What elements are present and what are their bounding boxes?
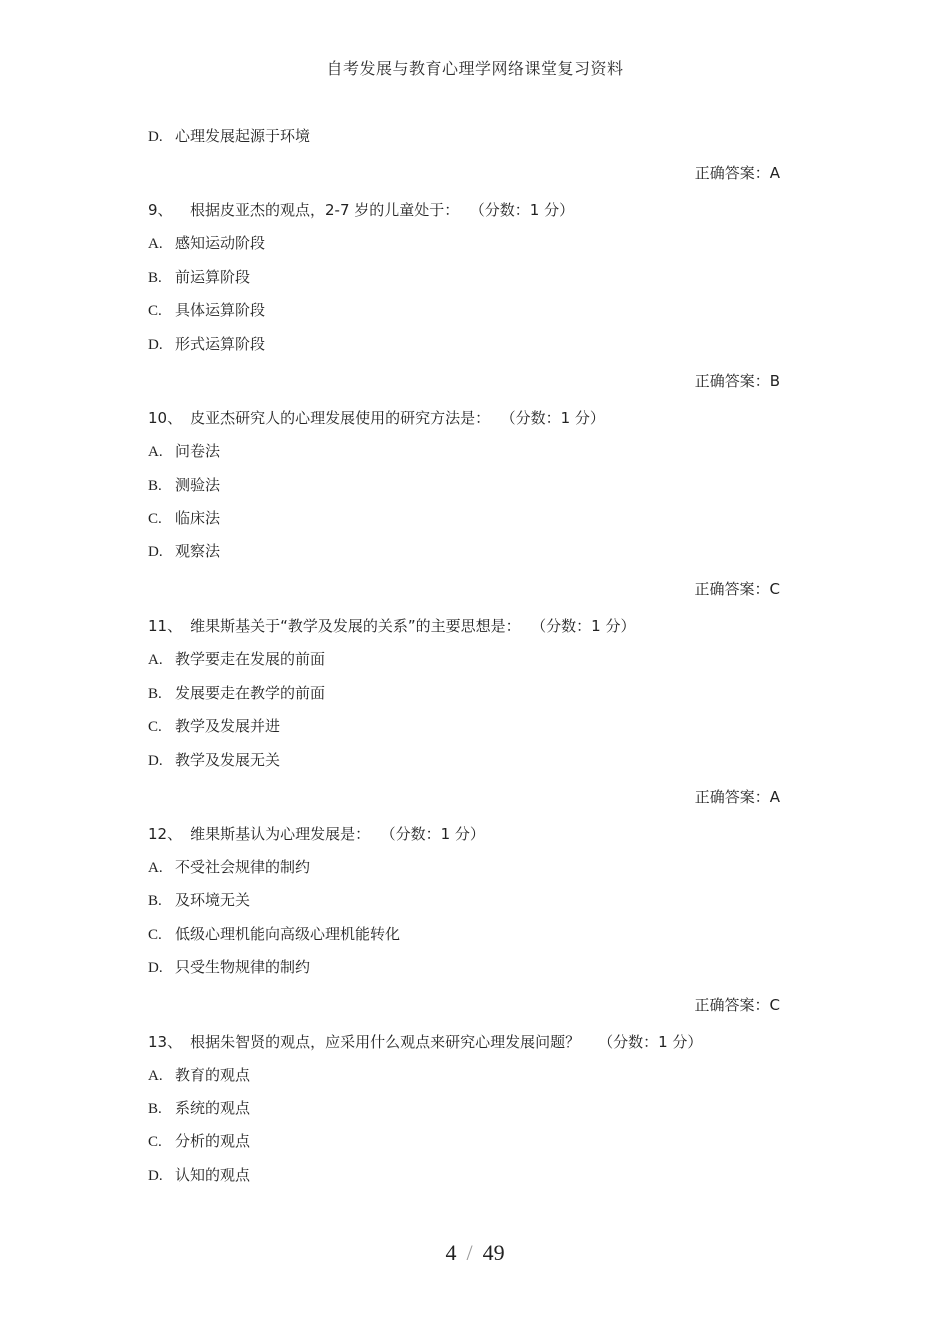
question-text: 维果斯基关于“教学及发展的关系”的主要思想是： (190, 617, 521, 635)
option-b: B.系统的观点 (148, 1098, 250, 1119)
option-text: 系统的观点 (175, 1099, 250, 1117)
option-a: A.问卷法 (148, 441, 220, 462)
option-text: 认知的观点 (175, 1166, 250, 1184)
total-pages: 49 (483, 1240, 505, 1265)
option-c: C.教学及发展并进 (148, 716, 280, 737)
option-text: 测验法 (175, 476, 220, 494)
question-13: 13、根据朱智贤的观点，应采用什么观点来研究心理发展问题？（分数：1 分） (148, 1032, 702, 1052)
option-letter: D. (148, 1166, 175, 1186)
question-score: （分数：1 分） (539, 617, 636, 635)
question-12: 12、维果斯基认为心理发展是：（分数：1 分） (148, 824, 485, 844)
question-text: 根据皮亚杰的观点，2-7 岁的儿童处于： (190, 201, 459, 219)
option-d: D.观察法 (148, 541, 220, 562)
option-text: 前运算阶段 (175, 268, 250, 286)
option-letter: A. (148, 1066, 175, 1086)
option-d: D.心理发展起源于环境 (148, 126, 310, 147)
option-c: C.低级心理机能向高级心理机能转化 (148, 924, 400, 945)
question-number: 9、 (148, 200, 182, 220)
page-separator: / (466, 1240, 472, 1265)
correct-answer: 正确答案：C (695, 579, 780, 599)
page-indicator: 4/49 (0, 1240, 950, 1266)
option-letter: B. (148, 684, 175, 704)
option-text: 形式运算阶段 (175, 335, 265, 353)
option-b: B.及环境无关 (148, 890, 250, 911)
option-b: B.发展要走在教学的前面 (148, 683, 325, 704)
option-letter: D. (148, 542, 175, 562)
question-text: 根据朱智贤的观点，应采用什么观点来研究心理发展问题？ (190, 1033, 580, 1051)
document-header: 自考发展与教育心理学网络课堂复习资料 (0, 56, 950, 79)
question-number: 12、 (148, 824, 182, 844)
current-page: 4 (445, 1240, 456, 1265)
correct-answer: 正确答案：B (695, 371, 780, 391)
question-11: 11、维果斯基关于“教学及发展的关系”的主要思想是：（分数：1 分） (148, 616, 635, 636)
correct-answer: 正确答案：A (695, 163, 780, 183)
option-letter: B. (148, 476, 175, 496)
option-text: 及环境无关 (175, 891, 250, 909)
option-text: 心理发展起源于环境 (175, 127, 310, 145)
option-c: C.具体运算阶段 (148, 300, 265, 321)
option-text: 教育的观点 (175, 1066, 250, 1084)
option-text: 只受生物规律的制约 (175, 958, 310, 976)
option-letter: C. (148, 925, 175, 945)
option-letter: A. (148, 234, 175, 254)
option-text: 感知运动阶段 (175, 234, 265, 252)
option-d: D.教学及发展无关 (148, 750, 280, 771)
option-text: 问卷法 (175, 442, 220, 460)
option-b: B.前运算阶段 (148, 267, 250, 288)
option-text: 观察法 (175, 542, 220, 560)
option-text: 不受社会规律的制约 (175, 858, 310, 876)
option-text: 教学及发展并进 (175, 717, 280, 735)
question-number: 11、 (148, 616, 182, 636)
option-letter: D. (148, 751, 175, 771)
question-number: 13、 (148, 1032, 182, 1052)
option-letter: D. (148, 335, 175, 355)
option-letter: A. (148, 442, 175, 462)
question-10: 10、皮亚杰研究人的心理发展使用的研究方法是：（分数：1 分） (148, 408, 605, 428)
option-letter: B. (148, 891, 175, 911)
question-score: （分数：1 分） (598, 1033, 702, 1051)
option-text: 教学及发展无关 (175, 751, 280, 769)
option-a: A.教学要走在发展的前面 (148, 649, 325, 670)
question-number: 10、 (148, 408, 182, 428)
option-text: 低级心理机能向高级心理机能转化 (175, 925, 400, 943)
option-c: C.分析的观点 (148, 1131, 250, 1152)
option-d: D.只受生物规律的制约 (148, 957, 310, 978)
option-c: C.临床法 (148, 508, 220, 529)
option-text: 临床法 (175, 509, 220, 527)
option-letter: B. (148, 268, 175, 288)
question-score: （分数：1 分） (477, 201, 574, 219)
option-b: B.测验法 (148, 475, 220, 496)
option-letter: C. (148, 301, 175, 321)
option-text: 分析的观点 (175, 1132, 250, 1150)
option-letter: D. (148, 127, 175, 147)
option-letter: C. (148, 1132, 175, 1152)
correct-answer: 正确答案：C (695, 995, 780, 1015)
correct-answer: 正确答案：A (695, 787, 780, 807)
option-letter: C. (148, 509, 175, 529)
option-letter: A. (148, 858, 175, 878)
option-d: D.认知的观点 (148, 1165, 250, 1186)
option-letter: D. (148, 958, 175, 978)
question-score: （分数：1 分） (388, 825, 485, 843)
question-score: （分数：1 分） (508, 409, 605, 427)
option-letter: A. (148, 650, 175, 670)
option-a: A.感知运动阶段 (148, 233, 265, 254)
question-9: 9、根据皮亚杰的观点，2-7 岁的儿童处于：（分数：1 分） (148, 200, 574, 220)
question-text: 维果斯基认为心理发展是： (190, 825, 370, 843)
option-letter: C. (148, 717, 175, 737)
option-a: A.教育的观点 (148, 1065, 250, 1086)
option-text: 具体运算阶段 (175, 301, 265, 319)
option-d: D.形式运算阶段 (148, 334, 265, 355)
option-text: 教学要走在发展的前面 (175, 650, 325, 668)
option-text: 发展要走在教学的前面 (175, 684, 325, 702)
question-text: 皮亚杰研究人的心理发展使用的研究方法是： (190, 409, 490, 427)
option-a: A.不受社会规律的制约 (148, 857, 310, 878)
option-letter: B. (148, 1099, 175, 1119)
